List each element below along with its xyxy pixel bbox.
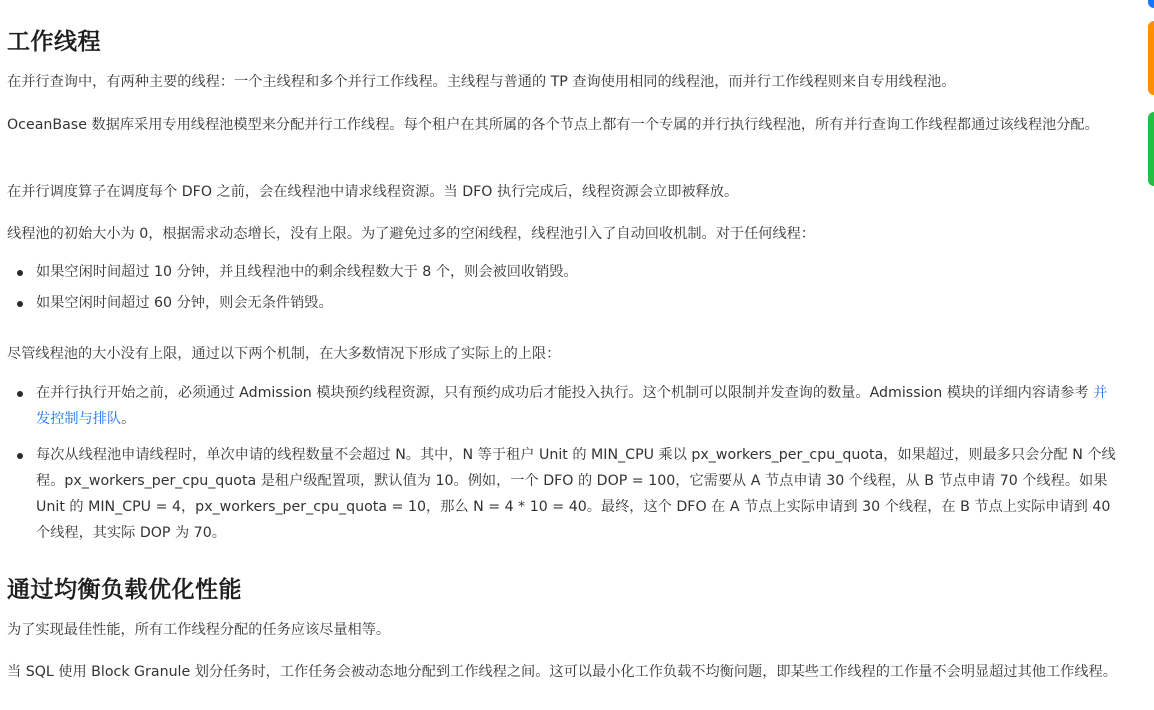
- paragraph-equal-tasks: 为了实现最佳性能，所有工作线程分配的任务应该尽量相等。: [7, 617, 390, 643]
- list-item: 每次从线程池申请线程时，单次申请的线程数量不会超过 N。其中，N 等于租户 Un…: [7, 442, 1117, 546]
- list-item: 如果空闲时间超过 10 分钟，并且线程池中的剩余线程数大于 8 个，则会被回收销…: [7, 259, 1117, 285]
- side-tab-blue[interactable]: [1148, 0, 1154, 8]
- list-item: 如果空闲时间超过 60 分钟，则会无条件销毁。: [7, 290, 1117, 316]
- side-tab-green[interactable]: [1148, 112, 1154, 186]
- paragraph-thread-types: 在并行查询中，有两种主要的线程：一个主线程和多个并行工作线程。主线程与普通的 T…: [7, 69, 955, 95]
- list-item-text: 在并行执行开始之前，必须通过 Admission 模块预约线程资源，只有预约成功…: [36, 385, 1093, 401]
- side-tab-orange[interactable]: [1148, 21, 1154, 95]
- paragraph-dfo-scheduling: 在并行调度算子在调度每个 DFO 之前，会在线程池中请求线程资源。当 DFO 执…: [7, 179, 738, 205]
- section-heading-load-balancing: 通过均衡负载优化性能: [7, 575, 242, 605]
- paragraph-block-granule: 当 SQL 使用 Block Granule 划分任务时，工作任务会被动态地分配…: [7, 659, 1117, 685]
- paragraph-pool-size: 线程池的初始大小为 0，根据需求动态增长，没有上限。为了避免过多的空闲线程，线程…: [7, 221, 815, 247]
- paragraph-dedicated-pool: OceanBase 数据库采用专用线程池模型来分配并行工作线程。每个租户在其所属…: [7, 112, 1099, 138]
- recycle-rules-list: 如果空闲时间超过 10 分钟，并且线程池中的剩余线程数大于 8 个，则会被回收销…: [7, 259, 1117, 316]
- paragraph-practical-limit: 尽管线程池的大小没有上限，通过以下两个机制，在大多数情况下形成了实际上的上限：: [7, 341, 560, 367]
- limit-mechanisms-list: 在并行执行开始之前，必须通过 Admission 模块预约线程资源，只有预约成功…: [7, 380, 1117, 546]
- list-item-text-end: 。: [121, 411, 135, 427]
- list-item: 在并行执行开始之前，必须通过 Admission 模块预约线程资源，只有预约成功…: [7, 380, 1117, 432]
- section-heading-worker-threads: 工作线程: [7, 27, 101, 57]
